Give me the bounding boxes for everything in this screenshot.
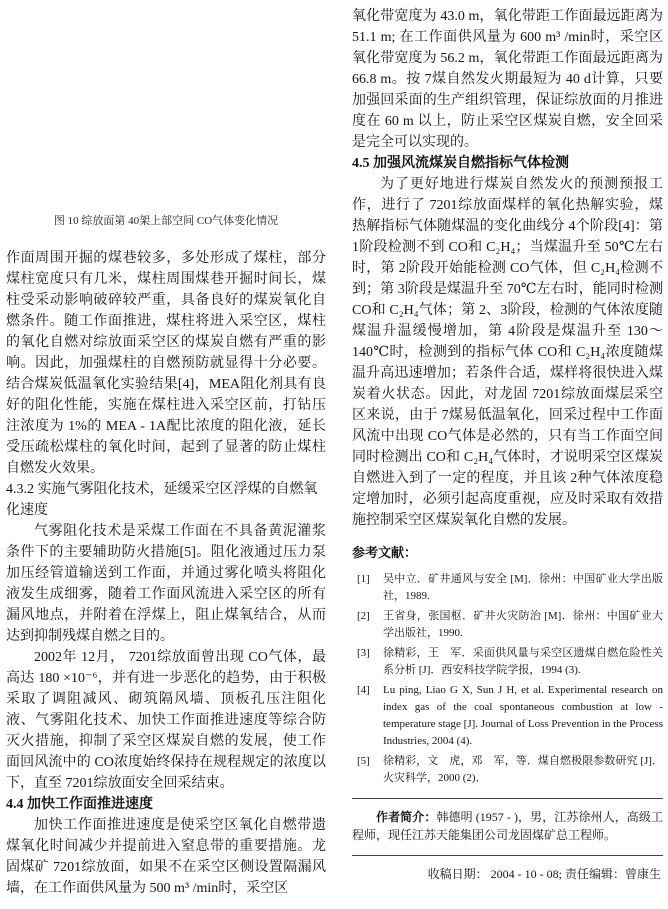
paragraph-gas-detection: 为了更好地进行煤炭自然发火的预测预报工作，进行了 7201综放面煤样的氧化热解实…	[352, 174, 663, 531]
ref-text: Lu ping, Liao G X, Sun J H, et al. Exper…	[383, 682, 663, 750]
ref-number: [2]	[352, 608, 383, 642]
right-column: 氧化带宽度为 43.0 m，氧化带距工作面最远距离为 51.1 m; 在工作面供…	[352, 0, 663, 882]
ref-text: 吴中立．矿井通风与安全 [M]．徐州：中国矿业大学出版社，1989.	[383, 571, 663, 605]
author-bio: 作者简介：韩德明 (1957 - )，男，江苏徐州人，高级工程师，现任江苏天能集…	[352, 808, 663, 844]
divider-top	[352, 798, 663, 799]
reference-item: [5] 徐精彩，文 虎，邓 军，等．煤自燃极限参数研究 [J]．火灾科学，200…	[352, 753, 663, 787]
divider-bottom	[352, 855, 663, 856]
ref-text: 王省身，张国枢．矿井火灾防治 [M]．徐州：中国矿业大学出版社，1990.	[383, 608, 663, 642]
paragraph-oxidation-zone: 氧化带宽度为 43.0 m，氧化带距工作面最远距离为 51.1 m; 在工作面供…	[352, 6, 663, 153]
author-bio-label: 作者简介：	[376, 810, 436, 824]
reference-item: [2] 王省身，张国枢．矿井火灾防治 [M]．徐州：中国矿业大学出版社，1990…	[352, 608, 663, 642]
references-heading: 参考文献：	[352, 544, 663, 562]
reference-item: [3] 徐精彩，王 军．采面供风量与采空区遗煤自燃危险性关系分析 [J]．西安科…	[352, 645, 663, 679]
paragraph-2002-co: 2002年 12月， 7201综放面曾出现 CO气体，最高达 180 ×10⁻⁶…	[6, 647, 326, 794]
section-heading-45: 4.5 加强风流煤炭自燃指标气体检测	[352, 153, 663, 174]
reference-item: [4] Lu ping, Liao G X, Sun J H, et al. E…	[352, 682, 663, 750]
section-heading-432: 4.3.2 实施气雾阻化技术，延缓采空区浮煤的自燃氧化速度	[6, 479, 326, 521]
paragraph-mist-inhibitor: 气雾阻化技术是采煤工作面在不具备黄泥灌浆条件下的主要辅助防火措施[5]。阻化液通…	[6, 521, 326, 647]
figure-placeholder	[6, 0, 326, 214]
paper-page: 图 10 综放面第 40架上部空间 CO气体变化情况 作面周围开掘的煤巷较多，多…	[0, 0, 668, 909]
ref-number: [5]	[352, 753, 383, 787]
paragraph-pillar-continuation: 作面周围开掘的煤巷较多，多处形成了煤柱，部分煤柱宽度只有几米，煤柱周围煤巷开掘时…	[6, 248, 326, 479]
ref-number: [3]	[352, 645, 383, 679]
footer-dateline: 收稿日期： 2004 - 10 - 08; 责任编辑：曾康生	[352, 866, 661, 882]
section-heading-44: 4.4 加快工作面推进速度	[6, 794, 326, 815]
figure-caption: 图 10 综放面第 40架上部空间 CO气体变化情况	[6, 214, 326, 228]
reference-item: [1] 吴中立．矿井通风与安全 [M]．徐州：中国矿业大学出版社，1989.	[352, 571, 663, 605]
ref-text: 徐精彩，王 军．采面供风量与采空区遗煤自燃危险性关系分析 [J]．西安科技学院学…	[383, 645, 663, 679]
ref-number: [4]	[352, 682, 383, 750]
ref-text: 徐精彩，文 虎，邓 军，等．煤自燃极限参数研究 [J]．火灾科学，2000 (2…	[383, 753, 663, 787]
left-column: 图 10 综放面第 40架上部空间 CO气体变化情况 作面周围开掘的煤巷较多，多…	[6, 0, 326, 899]
ref-number: [1]	[352, 571, 383, 605]
paragraph-advance-speed: 加快工作面推进速度是使采空区氧化自燃带遗煤氧化时间减少并提前进入窒息带的重要措施…	[6, 815, 326, 899]
